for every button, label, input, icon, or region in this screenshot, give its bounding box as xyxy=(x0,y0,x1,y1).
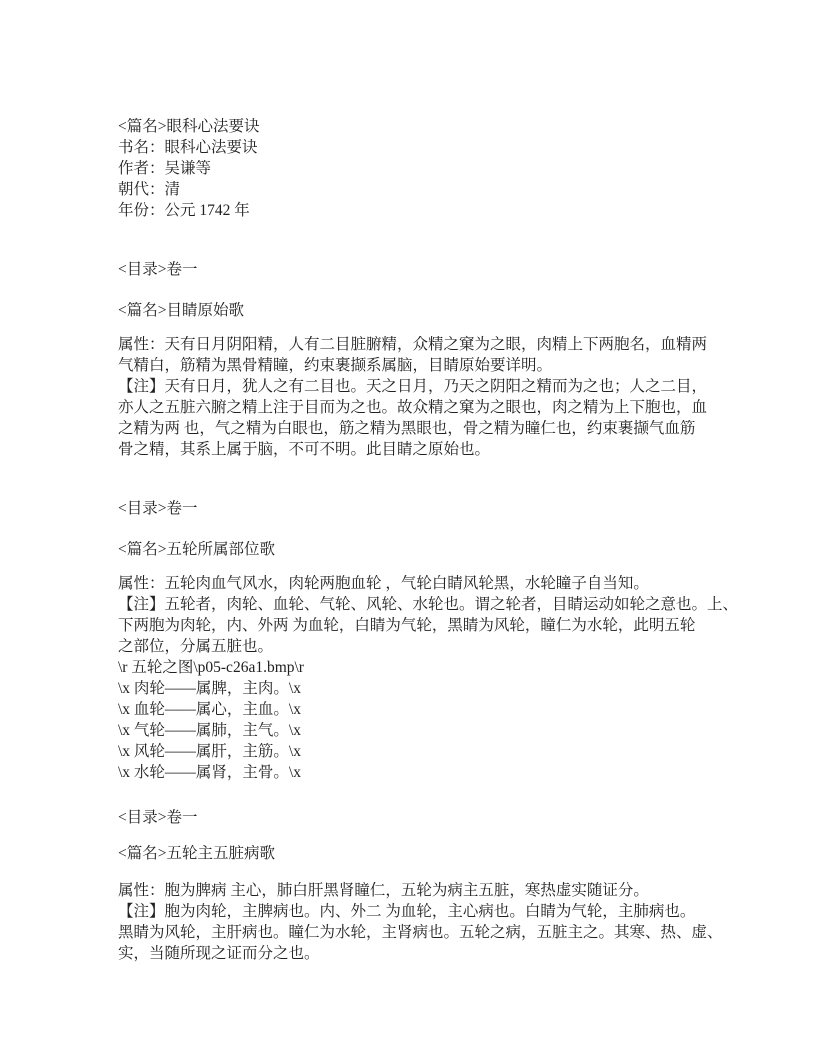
book-name-line: 书名：眼科心法要诀 xyxy=(118,137,776,158)
text-line: 下两胞为肉轮，内、外两 为血轮，白睛为气轮，黑睛为风轮，瞳仁为水轮，此明五轮 xyxy=(118,615,776,636)
text-line: 属性：天有日月阴阳精，人有二目脏腑精，众精之窠为之眼，肉精上下两胞名，血精两 xyxy=(118,334,776,355)
text-line: 【注】天有日月，犹人之有二目也。天之日月，乃天之阴阳之精而为之也；人之二目， xyxy=(118,376,776,397)
text-line: 属性：五轮肉血气风水，肉轮两胞血轮 ，气轮白睛风轮黑，水轮瞳子自当知。 xyxy=(118,573,776,594)
list-item: \x 风轮——属肝，主筋。\x xyxy=(118,741,776,762)
section-title: <篇名>五轮所属部位歌 xyxy=(118,539,776,560)
section-body: 属性：五轮肉血气风水，肉轮两胞血轮 ，气轮白睛风轮黑，水轮瞳子自当知。 【注】五… xyxy=(118,573,776,783)
section-title: <篇名>五轮主五脏病歌 xyxy=(118,843,776,864)
list-item: \x 气轮——属肺，主气。\x xyxy=(118,720,776,741)
book-header: <篇名>眼科心法要诀 书名：眼科心法要诀 作者：吴谦等 朝代：清 年份：公元 1… xyxy=(118,116,776,221)
book-title-line: <篇名>眼科心法要诀 xyxy=(118,116,776,137)
text-line: 亦人之五脏六腑之精上注于目而为之也。故众精之窠为之眼也，肉之精为上下胞也，血 xyxy=(118,397,776,418)
text-line: 【注】五轮者，肉轮、血轮、气轮、风轮、水轮也。谓之轮者，目睛运动如轮之意也。上、 xyxy=(118,594,776,615)
toc-heading: <目录>卷一 xyxy=(118,498,776,519)
text-line: 【注】胞为肉轮，主脾病也。内、外二 为血轮，主心病也。白睛为气轮，主肺病也。 xyxy=(118,901,776,922)
section-title: <篇名>目睛原始歌 xyxy=(118,300,776,321)
section-body: 属性：天有日月阴阳精，人有二目脏腑精，众精之窠为之眼，肉精上下两胞名，血精两 气… xyxy=(118,334,776,460)
list-item: \x 肉轮——属脾，主肉。\x xyxy=(118,678,776,699)
section-wulun-buwei: <目录>卷一 <篇名>五轮所属部位歌 属性：五轮肉血气风水，肉轮两胞血轮 ，气轮… xyxy=(118,498,776,783)
text-line: 黑睛为风轮，主肝病也。瞳仁为水轮，主肾病也。五轮之病，五脏主之。其寒、热、虚、 xyxy=(118,922,776,943)
text-line: 之精为两 也，气之精为白眼也，筋之精为黑眼也，骨之精为瞳仁也，约束裹撷气血筋 xyxy=(118,418,776,439)
section-mujing-yuanshi: <目录>卷一 <篇名>目睛原始歌 属性：天有日月阴阳精，人有二目脏腑精，众精之窠… xyxy=(118,259,776,460)
book-author-line: 作者：吴谦等 xyxy=(118,158,776,179)
section-body: 属性：胞为脾病 主心，肺白肝黑肾瞳仁，五轮为病主五脏，寒热虚实随证分。 【注】胞… xyxy=(118,880,776,964)
text-line: 实，当随所现之证而分之也。 xyxy=(118,943,776,964)
book-year-line: 年份：公元 1742 年 xyxy=(118,200,776,221)
list-item: \x 水轮——属肾，主骨。\x xyxy=(118,762,776,783)
text-line: 之部位，分属五脏也。 xyxy=(118,636,776,657)
section-wulun-wuzang: <目录>卷一 <篇名>五轮主五脏病歌 属性：胞为脾病 主心，肺白肝黑肾瞳仁，五轮… xyxy=(118,807,776,964)
text-line: 气精白，筋精为黑骨精瞳，约束裹撷系属脑，目睛原始要详明。 xyxy=(118,355,776,376)
toc-heading: <目录>卷一 xyxy=(118,807,776,828)
figure-caption-line: \r 五轮之图\p05-c26a1.bmp\r xyxy=(118,657,776,678)
text-line: 属性：胞为脾病 主心，肺白肝黑肾瞳仁，五轮为病主五脏，寒热虚实随证分。 xyxy=(118,880,776,901)
list-item: \x 血轮——属心，主血。\x xyxy=(118,699,776,720)
text-line: 骨之精，其系上属于脑，不可不明。此目睛之原始也。 xyxy=(118,439,776,460)
toc-heading: <目录>卷一 xyxy=(118,259,776,280)
document-page: <篇名>眼科心法要诀 书名：眼科心法要诀 作者：吴谦等 朝代：清 年份：公元 1… xyxy=(0,0,816,1056)
book-dynasty-line: 朝代：清 xyxy=(118,179,776,200)
